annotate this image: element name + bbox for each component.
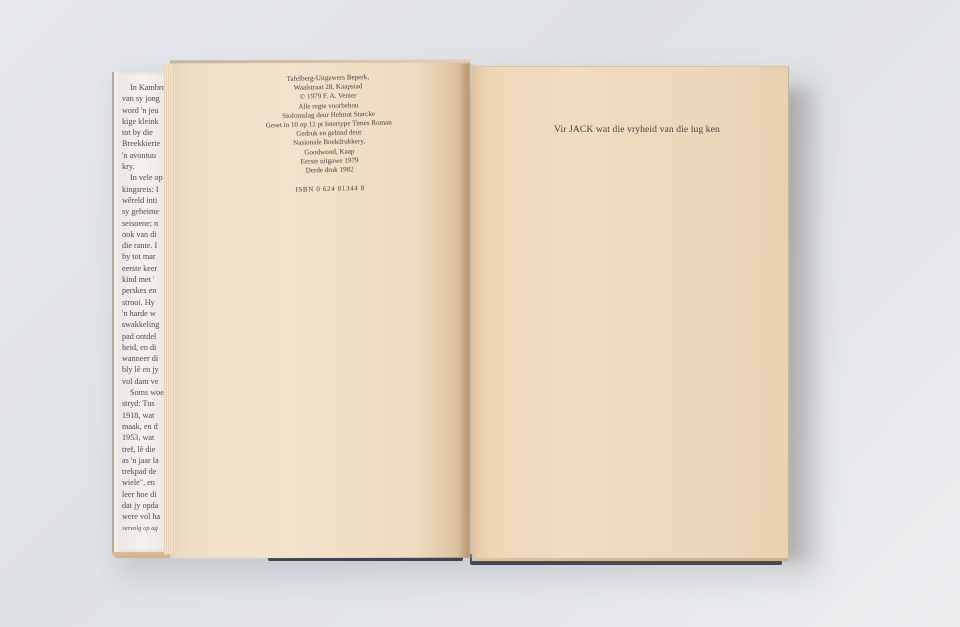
photo-scene: In Kambro van sy jong word 'n jeu kige k… [0,0,960,627]
isbn-number: ISBN 0 624 01344 8 [255,183,405,196]
book-gutter [458,64,480,558]
publisher-imprint: Tafelberg-Uitgewers Beperk, Waalstraat 2… [253,72,405,196]
dedication-page: Vir JACK wat die vryheid van die lug ken [472,66,789,559]
dedication-text: Vir JACK wat die vryheid van die lug ken [554,124,720,135]
page-stack-edge [164,64,172,554]
copyright-page: Tafelberg-Uitgewers Beperk, Waalstraat 2… [170,60,470,559]
page-bottom-edge [472,558,788,561]
page-top-edge [170,60,470,64]
